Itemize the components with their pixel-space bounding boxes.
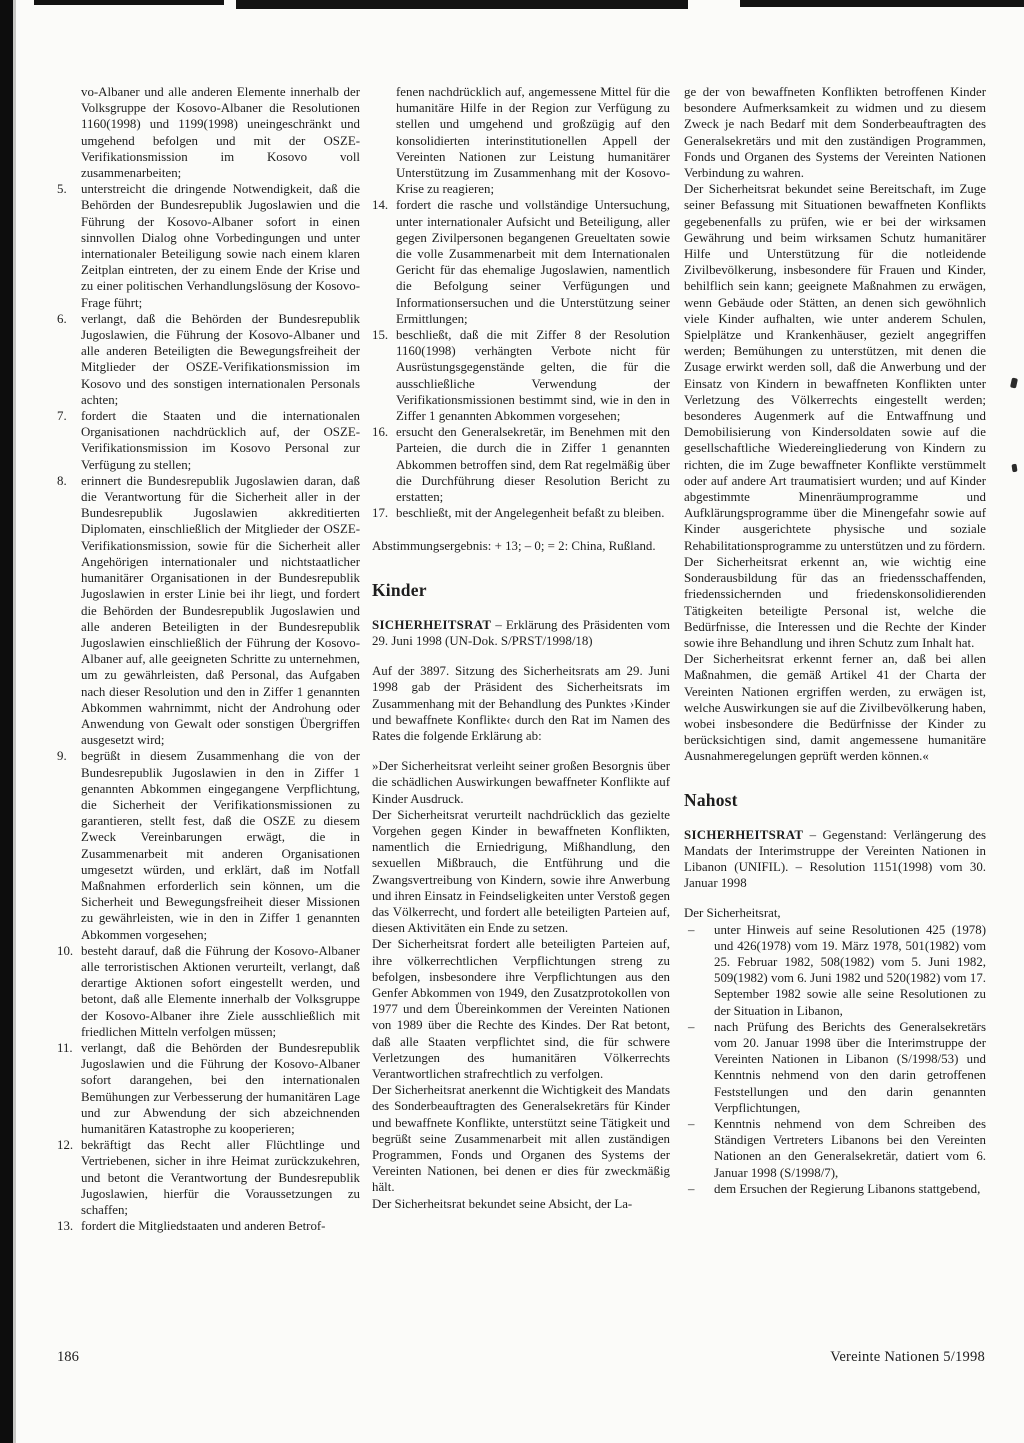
item-text: bekräftigt das Recht aller Flüchtlinge u… (81, 1137, 360, 1218)
paragraph: Der Sicherheitsrat erkennt an, wie wicht… (684, 554, 986, 651)
scan-speck (1011, 464, 1017, 473)
dash-item: –unter Hinweis auf seine Resolutionen 42… (684, 922, 986, 1019)
numbered-item: 17.beschließt, mit der Angelegenheit bef… (372, 505, 670, 521)
section-heading: Nahost (684, 790, 986, 810)
scan-edge-top (740, 0, 1024, 7)
numbered-item: 11.verlangt, daß die Behörden der Bundes… (57, 1040, 360, 1137)
dash-item: –nach Prüfung des Berichts des Generalse… (684, 1019, 986, 1116)
item-text: fordert die rasche und vollständige Unte… (396, 197, 670, 327)
dash-marker: – (684, 1019, 714, 1116)
numbered-item: 10.besteht darauf, daß die Führung der K… (57, 943, 360, 1040)
numbered-item: 8.erinnert die Bundesrepublik Jugoslawie… (57, 473, 360, 748)
paragraph: Auf der 3897. Sitzung des Sicherheitsrat… (372, 663, 670, 744)
item-text: beschließt, mit der Angelegenheit befaßt… (396, 505, 670, 521)
footer-page-number: 186 (57, 1349, 79, 1366)
footer-journal-title: Vereinte Nationen 5/1998 (830, 1349, 985, 1366)
text-column-1: vo-Albaner und alle anderen Elemente inn… (57, 84, 360, 1234)
item-number: 7. (57, 408, 81, 473)
section-heading: Kinder (372, 580, 670, 600)
item-text: fordert die Staaten und die internationa… (81, 408, 360, 473)
paragraph: Der Sicherheitsrat erkennt ferner an, da… (684, 651, 986, 764)
paragraph: Der Sicherheitsrat fordert alle beteilig… (372, 936, 670, 1082)
dash-marker: – (684, 1181, 714, 1197)
item-text: unter Hinweis auf seine Resolutionen 425… (714, 922, 986, 1019)
scan-edge-top (34, 0, 224, 5)
item-text: ersucht den Generalsekretär, im Benehmen… (396, 424, 670, 505)
dash-item: –dem Ersuchen der Regierung Libanons sta… (684, 1181, 986, 1197)
item-number: 8. (57, 473, 81, 748)
item-text: erinnert die Bundesrepublik Jugoslawien … (81, 473, 360, 748)
document-reference: SICHERHEITSRAT – Erklärung des Präsident… (372, 617, 670, 649)
numbered-item: 5.unterstreicht die dringende Notwendigk… (57, 181, 360, 311)
numbered-item: 7.fordert die Staaten und die internatio… (57, 408, 360, 473)
item-number: 12. (57, 1137, 81, 1218)
item-number: 13. (57, 1218, 81, 1234)
numbered-item: 13.fordert die Mitgliedstaaten und ander… (57, 1218, 360, 1234)
paragraph: Der Sicherheitsrat, (684, 905, 986, 921)
numbered-item: 15.beschließt, daß die mit Ziffer 8 der … (372, 327, 670, 424)
item-number: 17. (372, 505, 396, 521)
item-number: 15. (372, 327, 396, 424)
organ-name: SICHERHEITSRAT (372, 618, 491, 632)
paragraph: ge der von bewaffneten Konflikten betrof… (684, 84, 986, 181)
item-text: dem Ersuchen der Regierung Libanons stat… (714, 1181, 986, 1197)
item-number: 10. (57, 943, 81, 1040)
item-text: fordert die Mitgliedstaaten und anderen … (81, 1218, 360, 1234)
text-column-3: ge der von bewaffneten Konflikten betrof… (684, 84, 986, 1197)
paragraph: vo-Albaner und alle anderen Elemente inn… (57, 84, 360, 181)
item-number: 6. (57, 311, 81, 408)
numbered-item: 9.begrüßt in diesem Zusammenhang die von… (57, 748, 360, 942)
numbered-item: 16.ersucht den Generalsekretär, im Beneh… (372, 424, 670, 505)
paragraph: Der Sicherheitsrat bekundet seine Bereit… (684, 181, 986, 554)
paragraph: fenen nachdrücklich auf, angemessene Mit… (372, 84, 670, 197)
item-number: 11. (57, 1040, 81, 1137)
item-number: 14. (372, 197, 396, 327)
document-page: { "footer": { "page_number": "186", "jou… (0, 0, 1024, 1443)
dash-item: –Kenntnis nehmend von dem Schreiben des … (684, 1116, 986, 1181)
scan-speck (1010, 377, 1018, 388)
paragraph: Abstimmungsergebnis: + 13; – 0; = 2: Chi… (372, 538, 670, 554)
item-number: 9. (57, 748, 81, 942)
item-text: verlangt, daß die Behörden der Bundesrep… (81, 1040, 360, 1137)
paragraph: Der Sicherheitsrat verurteilt nachdrückl… (372, 807, 670, 937)
scan-edge-left (0, 0, 13, 1443)
scan-edge-left-shadow (13, 0, 16, 1443)
item-text: nach Prüfung des Berichts des Generalsek… (714, 1019, 986, 1116)
paragraph: Der Sicherheitsrat bekundet seine Absich… (372, 1196, 670, 1212)
item-text: besteht darauf, daß die Führung der Koso… (81, 943, 360, 1040)
dash-marker: – (684, 1116, 714, 1181)
item-number: 5. (57, 181, 81, 311)
item-text: Kenntnis nehmend von dem Schreiben des S… (714, 1116, 986, 1181)
dash-marker: – (684, 922, 714, 1019)
paragraph: »Der Sicherheitsrat verleiht seiner groß… (372, 758, 670, 807)
item-text: unterstreicht die dringende Notwendigkei… (81, 181, 360, 311)
organ-name: SICHERHEITSRAT (684, 828, 803, 842)
numbered-item: 14.fordert die rasche und vollständige U… (372, 197, 670, 327)
item-text: begrüßt in diesem Zusammenhang die von d… (81, 748, 360, 942)
item-number: 16. (372, 424, 396, 505)
numbered-item: 6.verlangt, daß die Behörden der Bundesr… (57, 311, 360, 408)
document-reference: SICHERHEITSRAT – Gegenstand: Verlängerun… (684, 827, 986, 892)
paragraph: Der Sicherheitsrat anerkennt die Wichtig… (372, 1082, 670, 1195)
text-column-2: fenen nachdrücklich auf, angemessene Mit… (372, 84, 670, 1212)
item-text: beschließt, daß die mit Ziffer 8 der Res… (396, 327, 670, 424)
numbered-item: 12.bekräftigt das Recht aller Flüchtling… (57, 1137, 360, 1218)
scan-edge-top (236, 0, 688, 9)
item-text: verlangt, daß die Behörden der Bundesrep… (81, 311, 360, 408)
